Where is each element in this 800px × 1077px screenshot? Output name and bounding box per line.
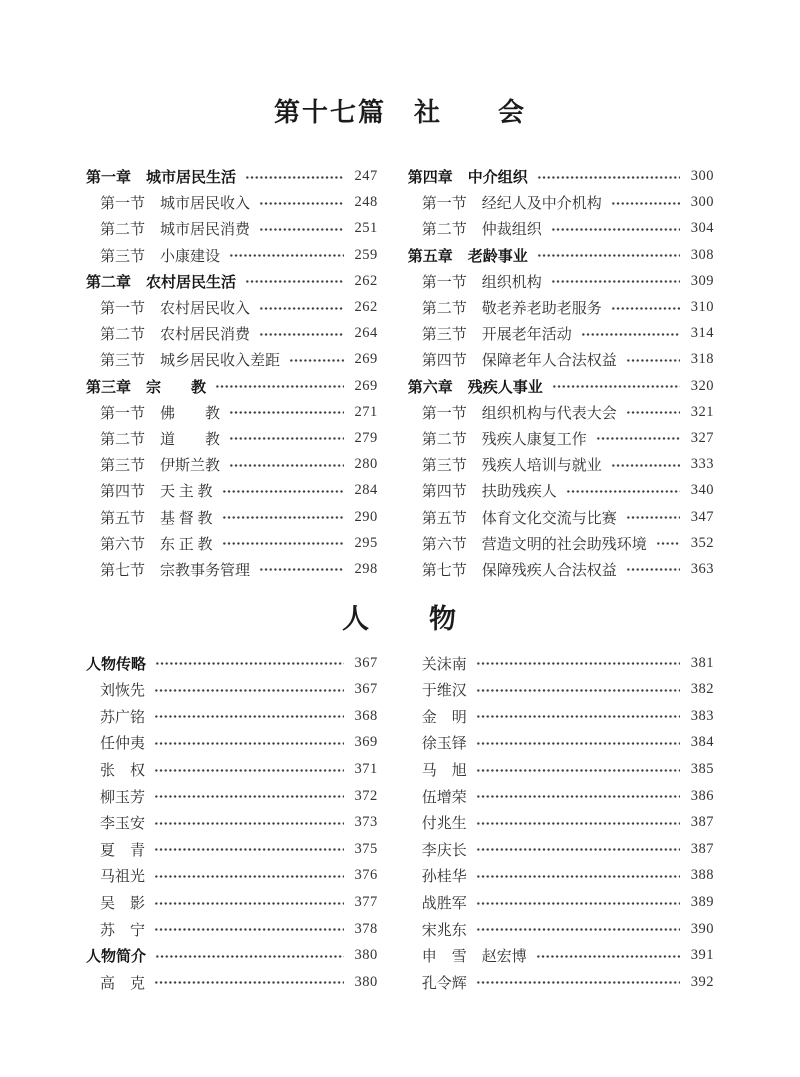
- toc-entry-page: 368: [351, 708, 378, 725]
- person-name: 柳玉芳: [100, 786, 145, 807]
- leader-dots: [245, 170, 344, 185]
- toc-entry-number: 第一节: [100, 192, 145, 213]
- person-name: 战胜军: [422, 892, 467, 913]
- toc-entry-number: 第三节: [100, 245, 145, 266]
- toc-entry-title: 残疾人培训与就业: [482, 454, 602, 475]
- toc-entry-title: 宗教事务管理: [160, 559, 250, 580]
- toc-entry-page: 247: [351, 168, 378, 185]
- toc-people: 人物传略 367 刘恢先 367 苏广铭 368 任仲夷: [0, 650, 800, 996]
- person-name: 关沫南: [422, 653, 467, 674]
- leader-dots: [552, 379, 680, 394]
- toc-entry-page: 352: [687, 535, 714, 552]
- toc-entry-page: 372: [351, 788, 378, 805]
- toc-people-right-column: 关沫南 381 于维汉 382 金 明 383 徐玉铎: [408, 650, 714, 996]
- toc-row: 孙桂华 388: [408, 863, 714, 890]
- leader-dots: [154, 816, 344, 831]
- leader-dots: [229, 431, 344, 446]
- leader-dots: [222, 536, 344, 551]
- leader-dots: [611, 301, 680, 316]
- toc-row: 第二节 敬老养老助老服务 310: [408, 294, 714, 320]
- leader-dots: [537, 248, 680, 263]
- toc-entry-number: 第六节: [100, 533, 145, 554]
- toc-row: 伍增荣 386: [408, 783, 714, 810]
- leader-dots: [476, 736, 680, 751]
- toc-entry-page: 367: [351, 681, 378, 698]
- leader-dots: [154, 736, 344, 751]
- toc-entry-page: 363: [687, 561, 714, 578]
- toc-entry-page: 300: [687, 194, 714, 211]
- person-name: 马祖光: [100, 865, 145, 886]
- leader-dots: [289, 353, 344, 368]
- person-name: 孔令辉: [422, 972, 467, 993]
- toc-row: 第三节 开展老年活动 314: [408, 321, 714, 347]
- leader-dots: [626, 405, 680, 420]
- person-name: 马 旭: [422, 759, 467, 780]
- leader-dots: [259, 301, 344, 316]
- toc-entry-page: 279: [351, 430, 378, 447]
- toc-row: 第一节 经纪人及中介机构 300: [408, 190, 714, 216]
- toc-row: 关沫南 381: [408, 650, 714, 677]
- toc-row: 第三节 伊斯兰教 280: [86, 452, 378, 478]
- toc-entry-title: 保障残疾人合法权益: [482, 559, 617, 580]
- toc-entry-number: 第一节: [100, 297, 145, 318]
- person-name: 李庆长: [422, 839, 467, 860]
- person-name: 申 雪 赵宏博: [422, 945, 527, 966]
- toc-entry-page: 388: [687, 867, 714, 884]
- toc-entry-page: 314: [687, 325, 714, 342]
- toc-entry-page: 271: [351, 404, 378, 421]
- toc-row: 金 明 383: [408, 703, 714, 730]
- person-name: 人物传略: [86, 653, 146, 674]
- toc-entry-page: 389: [687, 894, 714, 911]
- toc-entry-number: 第七节: [422, 559, 467, 580]
- leader-dots: [611, 196, 680, 211]
- person-name: 伍增荣: [422, 786, 467, 807]
- toc-entry-title: 保障老年人合法权益: [482, 349, 617, 370]
- toc-row: 人物简介 380: [86, 942, 378, 969]
- leader-dots: [536, 949, 680, 964]
- toc-entry-page: 269: [351, 378, 378, 395]
- toc-entry-title: 体育文化交流与比赛: [482, 507, 617, 528]
- toc-entry-page: 340: [687, 482, 714, 499]
- part-title-society: 第十七篇 社 会: [0, 0, 800, 130]
- toc-entry-title: 佛 教: [160, 402, 220, 423]
- leader-dots: [656, 536, 680, 551]
- toc-row: 第一节 组织机构 309: [408, 268, 714, 294]
- toc-row: 马祖光 376: [86, 863, 378, 890]
- toc-entry-number: 第一节: [422, 271, 467, 292]
- toc-entry-page: 378: [351, 921, 378, 938]
- toc-entry-page: 248: [351, 194, 378, 211]
- toc-entry-number: 第二章: [86, 271, 131, 292]
- person-name: 人物简介: [86, 945, 146, 966]
- toc-entry-page: 373: [351, 814, 378, 831]
- leader-dots: [581, 327, 680, 342]
- toc-row: 第五节 基 督 教 290: [86, 504, 378, 530]
- toc-row: 第二节 仲裁组织 304: [408, 216, 714, 242]
- toc-entry-number: 第七节: [100, 559, 145, 580]
- toc-row: 徐玉铎 384: [408, 730, 714, 757]
- leader-dots: [154, 975, 344, 990]
- toc-entry-number: 第四节: [422, 480, 467, 501]
- toc-row: 第二节 城市居民消费 251: [86, 216, 378, 242]
- leader-dots: [222, 484, 344, 499]
- leader-dots: [222, 510, 344, 525]
- toc-entry-page: 251: [351, 220, 378, 237]
- toc-row: 刘恢先 367: [86, 676, 378, 703]
- toc-entry-title: 道 教: [160, 428, 220, 449]
- toc-entry-number: 第三节: [422, 323, 467, 344]
- toc-row: 苏广铭 368: [86, 703, 378, 730]
- toc-entry-page: 377: [351, 894, 378, 911]
- leader-dots: [566, 484, 680, 499]
- toc-entry-number: 第一节: [100, 402, 145, 423]
- leader-dots: [229, 405, 344, 420]
- leader-dots: [154, 869, 344, 884]
- toc-row: 第六节 东 正 教 295: [86, 530, 378, 556]
- toc-entry-title: 残疾人事业: [468, 376, 543, 397]
- toc-entry-page: 387: [687, 814, 714, 831]
- leader-dots: [626, 510, 680, 525]
- toc-row: 吴 影 377: [86, 889, 378, 916]
- toc-entry-page: 369: [351, 734, 378, 751]
- toc-row: 第六章 残疾人事业 320: [408, 373, 714, 399]
- toc-row: 马 旭 385: [408, 756, 714, 783]
- toc-row: 第三节 小康建设 259: [86, 242, 378, 268]
- toc-entry-page: 320: [687, 378, 714, 395]
- leader-dots: [476, 869, 680, 884]
- toc-entry-title: 经纪人及中介机构: [482, 192, 602, 213]
- toc-entry-page: 284: [351, 482, 378, 499]
- toc-page: 第十七篇 社 会 第一章 城市居民生活 247 第一节 城市居民收入 248: [0, 0, 800, 1077]
- leader-dots: [476, 656, 680, 671]
- toc-entry-page: 383: [687, 708, 714, 725]
- leader-dots: [476, 816, 680, 831]
- toc-row: 第一节 城市居民收入 248: [86, 190, 378, 216]
- leader-dots: [154, 922, 344, 937]
- toc-entry-title: 宗 教: [146, 376, 206, 397]
- toc-entry-number: 第六节: [422, 533, 467, 554]
- toc-entry-page: 385: [687, 761, 714, 778]
- person-name: 于维汉: [422, 679, 467, 700]
- toc-entry-number: 第六章: [408, 376, 453, 397]
- toc-entry-page: 321: [687, 404, 714, 421]
- toc-entry-number: 第三节: [100, 454, 145, 475]
- toc-entry-page: 387: [687, 841, 714, 858]
- toc-entry-page: 280: [351, 456, 378, 473]
- toc-row: 第七节 宗教事务管理 298: [86, 556, 378, 582]
- toc-row: 第三节 残疾人培训与就业 333: [408, 452, 714, 478]
- leader-dots: [259, 222, 344, 237]
- toc-entry-title: 开展老年活动: [482, 323, 572, 344]
- person-name: 李玉安: [100, 812, 145, 833]
- toc-entry-number: 第五节: [422, 507, 467, 528]
- toc-entry-title: 城市居民生活: [146, 166, 236, 187]
- leader-dots: [155, 656, 344, 671]
- toc-entry-page: 262: [351, 273, 378, 290]
- toc-entry-title: 基 督 教: [160, 507, 213, 528]
- person-name: 张 权: [100, 759, 145, 780]
- toc-entry-page: 391: [687, 947, 714, 964]
- toc-entry-page: 262: [351, 299, 378, 316]
- toc-entry-page: 380: [351, 947, 378, 964]
- leader-dots: [551, 222, 680, 237]
- toc-entry-page: 309: [687, 273, 714, 290]
- leader-dots: [229, 248, 344, 263]
- toc-entry-title: 残疾人康复工作: [482, 428, 587, 449]
- toc-entry-number: 第一章: [86, 166, 131, 187]
- person-name: 刘恢先: [100, 679, 145, 700]
- leader-dots: [476, 789, 680, 804]
- toc-row: 第二章 农村居民生活 262: [86, 268, 378, 294]
- toc-entry-title: 扶助残疾人: [482, 480, 557, 501]
- toc-entry-title: 敬老养老助老服务: [482, 297, 602, 318]
- toc-entry-page: 381: [687, 655, 714, 672]
- toc-entry-title: 组织机构: [482, 271, 542, 292]
- toc-entry-title: 城市居民收入: [160, 192, 250, 213]
- toc-row: 战胜军 389: [408, 889, 714, 916]
- leader-dots: [154, 683, 344, 698]
- part-title-people: 人 物: [0, 603, 800, 635]
- toc-entry-number: 第二节: [422, 297, 467, 318]
- toc-entry-number: 第二节: [100, 323, 145, 344]
- leader-dots: [229, 458, 344, 473]
- toc-row: 第四章 中介组织 300: [408, 164, 714, 190]
- toc-entry-number: 第三章: [86, 376, 131, 397]
- toc-row: 第六节 营造文明的社会助残环境 352: [408, 530, 714, 556]
- toc-entry-page: 264: [351, 325, 378, 342]
- toc-row: 第二节 道 教 279: [86, 425, 378, 451]
- toc-row: 第一章 城市居民生活 247: [86, 164, 378, 190]
- toc-entry-number: 第四章: [408, 166, 453, 187]
- leader-dots: [537, 170, 680, 185]
- toc-entry-page: 308: [687, 247, 714, 264]
- toc-entry-page: 259: [351, 247, 378, 264]
- leader-dots: [154, 896, 344, 911]
- leader-dots: [596, 431, 680, 446]
- toc-entry-page: 367: [351, 655, 378, 672]
- leader-dots: [476, 896, 680, 911]
- toc-entry-page: 382: [687, 681, 714, 698]
- leader-dots: [626, 353, 680, 368]
- toc-entry-title: 农村居民消费: [160, 323, 250, 344]
- person-name: 高 克: [100, 972, 145, 993]
- toc-people-left-column: 人物传略 367 刘恢先 367 苏广铭 368 任仲夷: [86, 650, 378, 996]
- toc-entry-title: 组织机构与代表大会: [482, 402, 617, 423]
- leader-dots: [155, 949, 344, 964]
- toc-entry-page: 384: [687, 734, 714, 751]
- toc-row: 第二节 残疾人康复工作 327: [408, 425, 714, 451]
- person-name: 任仲夷: [100, 732, 145, 753]
- toc-entry-title: 老龄事业: [468, 245, 528, 266]
- leader-dots: [476, 763, 680, 778]
- leader-dots: [476, 842, 680, 857]
- leader-dots: [551, 274, 680, 289]
- toc-entry-page: 298: [351, 561, 378, 578]
- person-name: 徐玉铎: [422, 732, 467, 753]
- toc-row: 第三节 城乡居民收入差距 269: [86, 347, 378, 373]
- toc-entry-number: 第五节: [100, 507, 145, 528]
- toc-entry-number: 第二节: [422, 428, 467, 449]
- toc-entry-page: 295: [351, 535, 378, 552]
- toc-row: 第五章 老龄事业 308: [408, 242, 714, 268]
- toc-row: 人物传略 367: [86, 650, 378, 677]
- toc-row: 第一节 农村居民收入 262: [86, 294, 378, 320]
- toc-entry-page: 333: [687, 456, 714, 473]
- toc-entry-page: 375: [351, 841, 378, 858]
- person-name: 宋兆东: [422, 919, 467, 940]
- leader-dots: [476, 975, 680, 990]
- toc-entry-number: 第二节: [422, 218, 467, 239]
- toc-entry-title: 中介组织: [468, 166, 528, 187]
- leader-dots: [154, 763, 344, 778]
- toc-entry-title: 天 主 教: [160, 480, 213, 501]
- toc-society: 第一章 城市居民生活 247 第一节 城市居民收入 248 第二节 城市居民消费: [0, 164, 800, 583]
- toc-entry-title: 农村居民生活: [146, 271, 236, 292]
- leader-dots: [259, 327, 344, 342]
- toc-entry-page: 269: [351, 351, 378, 368]
- leader-dots: [154, 709, 344, 724]
- toc-row: 第一节 佛 教 271: [86, 399, 378, 425]
- toc-row: 李庆长 387: [408, 836, 714, 863]
- toc-row: 第四节 扶助残疾人 340: [408, 478, 714, 504]
- toc-entry-title: 城乡居民收入差距: [160, 349, 280, 370]
- person-name: 夏 青: [100, 839, 145, 860]
- toc-row: 第七节 保障残疾人合法权益 363: [408, 556, 714, 582]
- leader-dots: [476, 709, 680, 724]
- leader-dots: [154, 789, 344, 804]
- person-name: 付兆生: [422, 812, 467, 833]
- toc-row: 第五节 体育文化交流与比赛 347: [408, 504, 714, 530]
- toc-row: 夏 青 375: [86, 836, 378, 863]
- toc-row: 第三章 宗 教 269: [86, 373, 378, 399]
- toc-row: 付兆生 387: [408, 809, 714, 836]
- toc-entry-title: 仲裁组织: [482, 218, 542, 239]
- toc-row: 孔令辉 392: [408, 969, 714, 996]
- toc-entry-page: 310: [687, 299, 714, 316]
- toc-entry-page: 390: [687, 921, 714, 938]
- toc-row: 柳玉芳 372: [86, 783, 378, 810]
- toc-entry-page: 376: [351, 867, 378, 884]
- leader-dots: [611, 458, 680, 473]
- toc-entry-number: 第一节: [422, 192, 467, 213]
- leader-dots: [626, 562, 680, 577]
- toc-row: 第四节 天 主 教 284: [86, 478, 378, 504]
- toc-entry-page: 304: [687, 220, 714, 237]
- toc-entry-page: 290: [351, 509, 378, 526]
- toc-row: 高 克 380: [86, 969, 378, 996]
- toc-row: 宋兆东 390: [408, 916, 714, 943]
- toc-entry-number: 第三节: [422, 454, 467, 475]
- toc-row: 任仲夷 369: [86, 730, 378, 757]
- leader-dots: [154, 842, 344, 857]
- toc-entry-page: 318: [687, 351, 714, 368]
- toc-society-right-column: 第四章 中介组织 300 第一节 经纪人及中介机构 300 第二节 仲裁组织: [408, 164, 714, 583]
- toc-entry-number: 第四节: [422, 349, 467, 370]
- toc-entry-page: 392: [687, 974, 714, 991]
- toc-entry-page: 300: [687, 168, 714, 185]
- toc-row: 申 雪 赵宏博 391: [408, 942, 714, 969]
- leader-dots: [245, 274, 344, 289]
- toc-entry-page: 347: [687, 509, 714, 526]
- toc-entry-title: 伊斯兰教: [160, 454, 220, 475]
- person-name: 苏广铭: [100, 706, 145, 727]
- toc-entry-number: 第四节: [100, 480, 145, 501]
- toc-entry-number: 第五章: [408, 245, 453, 266]
- leader-dots: [259, 562, 344, 577]
- toc-entry-title: 城市居民消费: [160, 218, 250, 239]
- toc-entry-page: 386: [687, 788, 714, 805]
- toc-entry-number: 第一节: [422, 402, 467, 423]
- leader-dots: [259, 196, 344, 211]
- person-name: 孙桂华: [422, 865, 467, 886]
- person-name: 吴 影: [100, 892, 145, 913]
- toc-row: 张 权 371: [86, 756, 378, 783]
- toc-entry-page: 380: [351, 974, 378, 991]
- toc-row: 第四节 保障老年人合法权益 318: [408, 347, 714, 373]
- toc-society-left-column: 第一章 城市居民生活 247 第一节 城市居民收入 248 第二节 城市居民消费: [86, 164, 378, 583]
- toc-entry-page: 327: [687, 430, 714, 447]
- toc-entry-title: 小康建设: [160, 245, 220, 266]
- person-name: 苏 宁: [100, 919, 145, 940]
- toc-entry-title: 营造文明的社会助残环境: [482, 533, 647, 554]
- person-name: 金 明: [422, 706, 467, 727]
- toc-row: 第二节 农村居民消费 264: [86, 321, 378, 347]
- leader-dots: [215, 379, 344, 394]
- toc-row: 于维汉 382: [408, 676, 714, 703]
- toc-entry-number: 第二节: [100, 218, 145, 239]
- leader-dots: [476, 683, 680, 698]
- toc-entry-title: 农村居民收入: [160, 297, 250, 318]
- toc-entry-number: 第三节: [100, 349, 145, 370]
- toc-entry-title: 东 正 教: [160, 533, 213, 554]
- toc-entry-page: 371: [351, 761, 378, 778]
- toc-entry-number: 第二节: [100, 428, 145, 449]
- toc-row: 第一节 组织机构与代表大会 321: [408, 399, 714, 425]
- toc-row: 苏 宁 378: [86, 916, 378, 943]
- toc-row: 李玉安 373: [86, 809, 378, 836]
- leader-dots: [476, 922, 680, 937]
